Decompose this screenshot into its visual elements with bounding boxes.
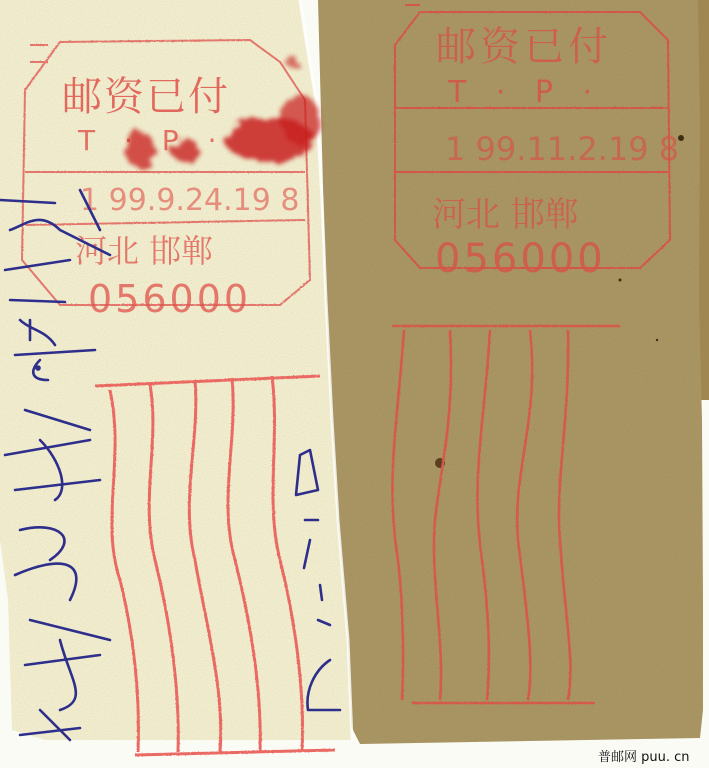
left-slip: 邮资已付 T · P · 1 99.9.24.19 8 河北 邯郸 056000	[0, 0, 352, 755]
right-postmark-date: 1 99.11.2.19 8	[445, 130, 679, 168]
left-postmark-postcode: 056000	[88, 277, 251, 321]
right-postmark-title: 邮资已付	[436, 24, 612, 70]
right-postmark-postcode: 056000	[435, 236, 606, 282]
watermark: 普邮网 puu. cn	[598, 749, 690, 765]
left-postmark-title: 邮资已付	[62, 74, 230, 120]
right-slip: 邮资已付 T · P · 1 99.11.2.19 8 河北 邯郸 056000	[318, 0, 709, 744]
postal-slips-scene: 邮资已付 T · P · 1 99.11.2.19 8 河北 邯郸 056000	[0, 0, 709, 768]
right-postmark-tp: T · P ·	[447, 75, 602, 110]
right-postmark-location: 河北 邯郸	[432, 195, 579, 235]
left-postmark-date: 1 99.9.24.19 8	[80, 183, 299, 218]
left-postmark-location: 河北 邯郸	[75, 232, 213, 270]
